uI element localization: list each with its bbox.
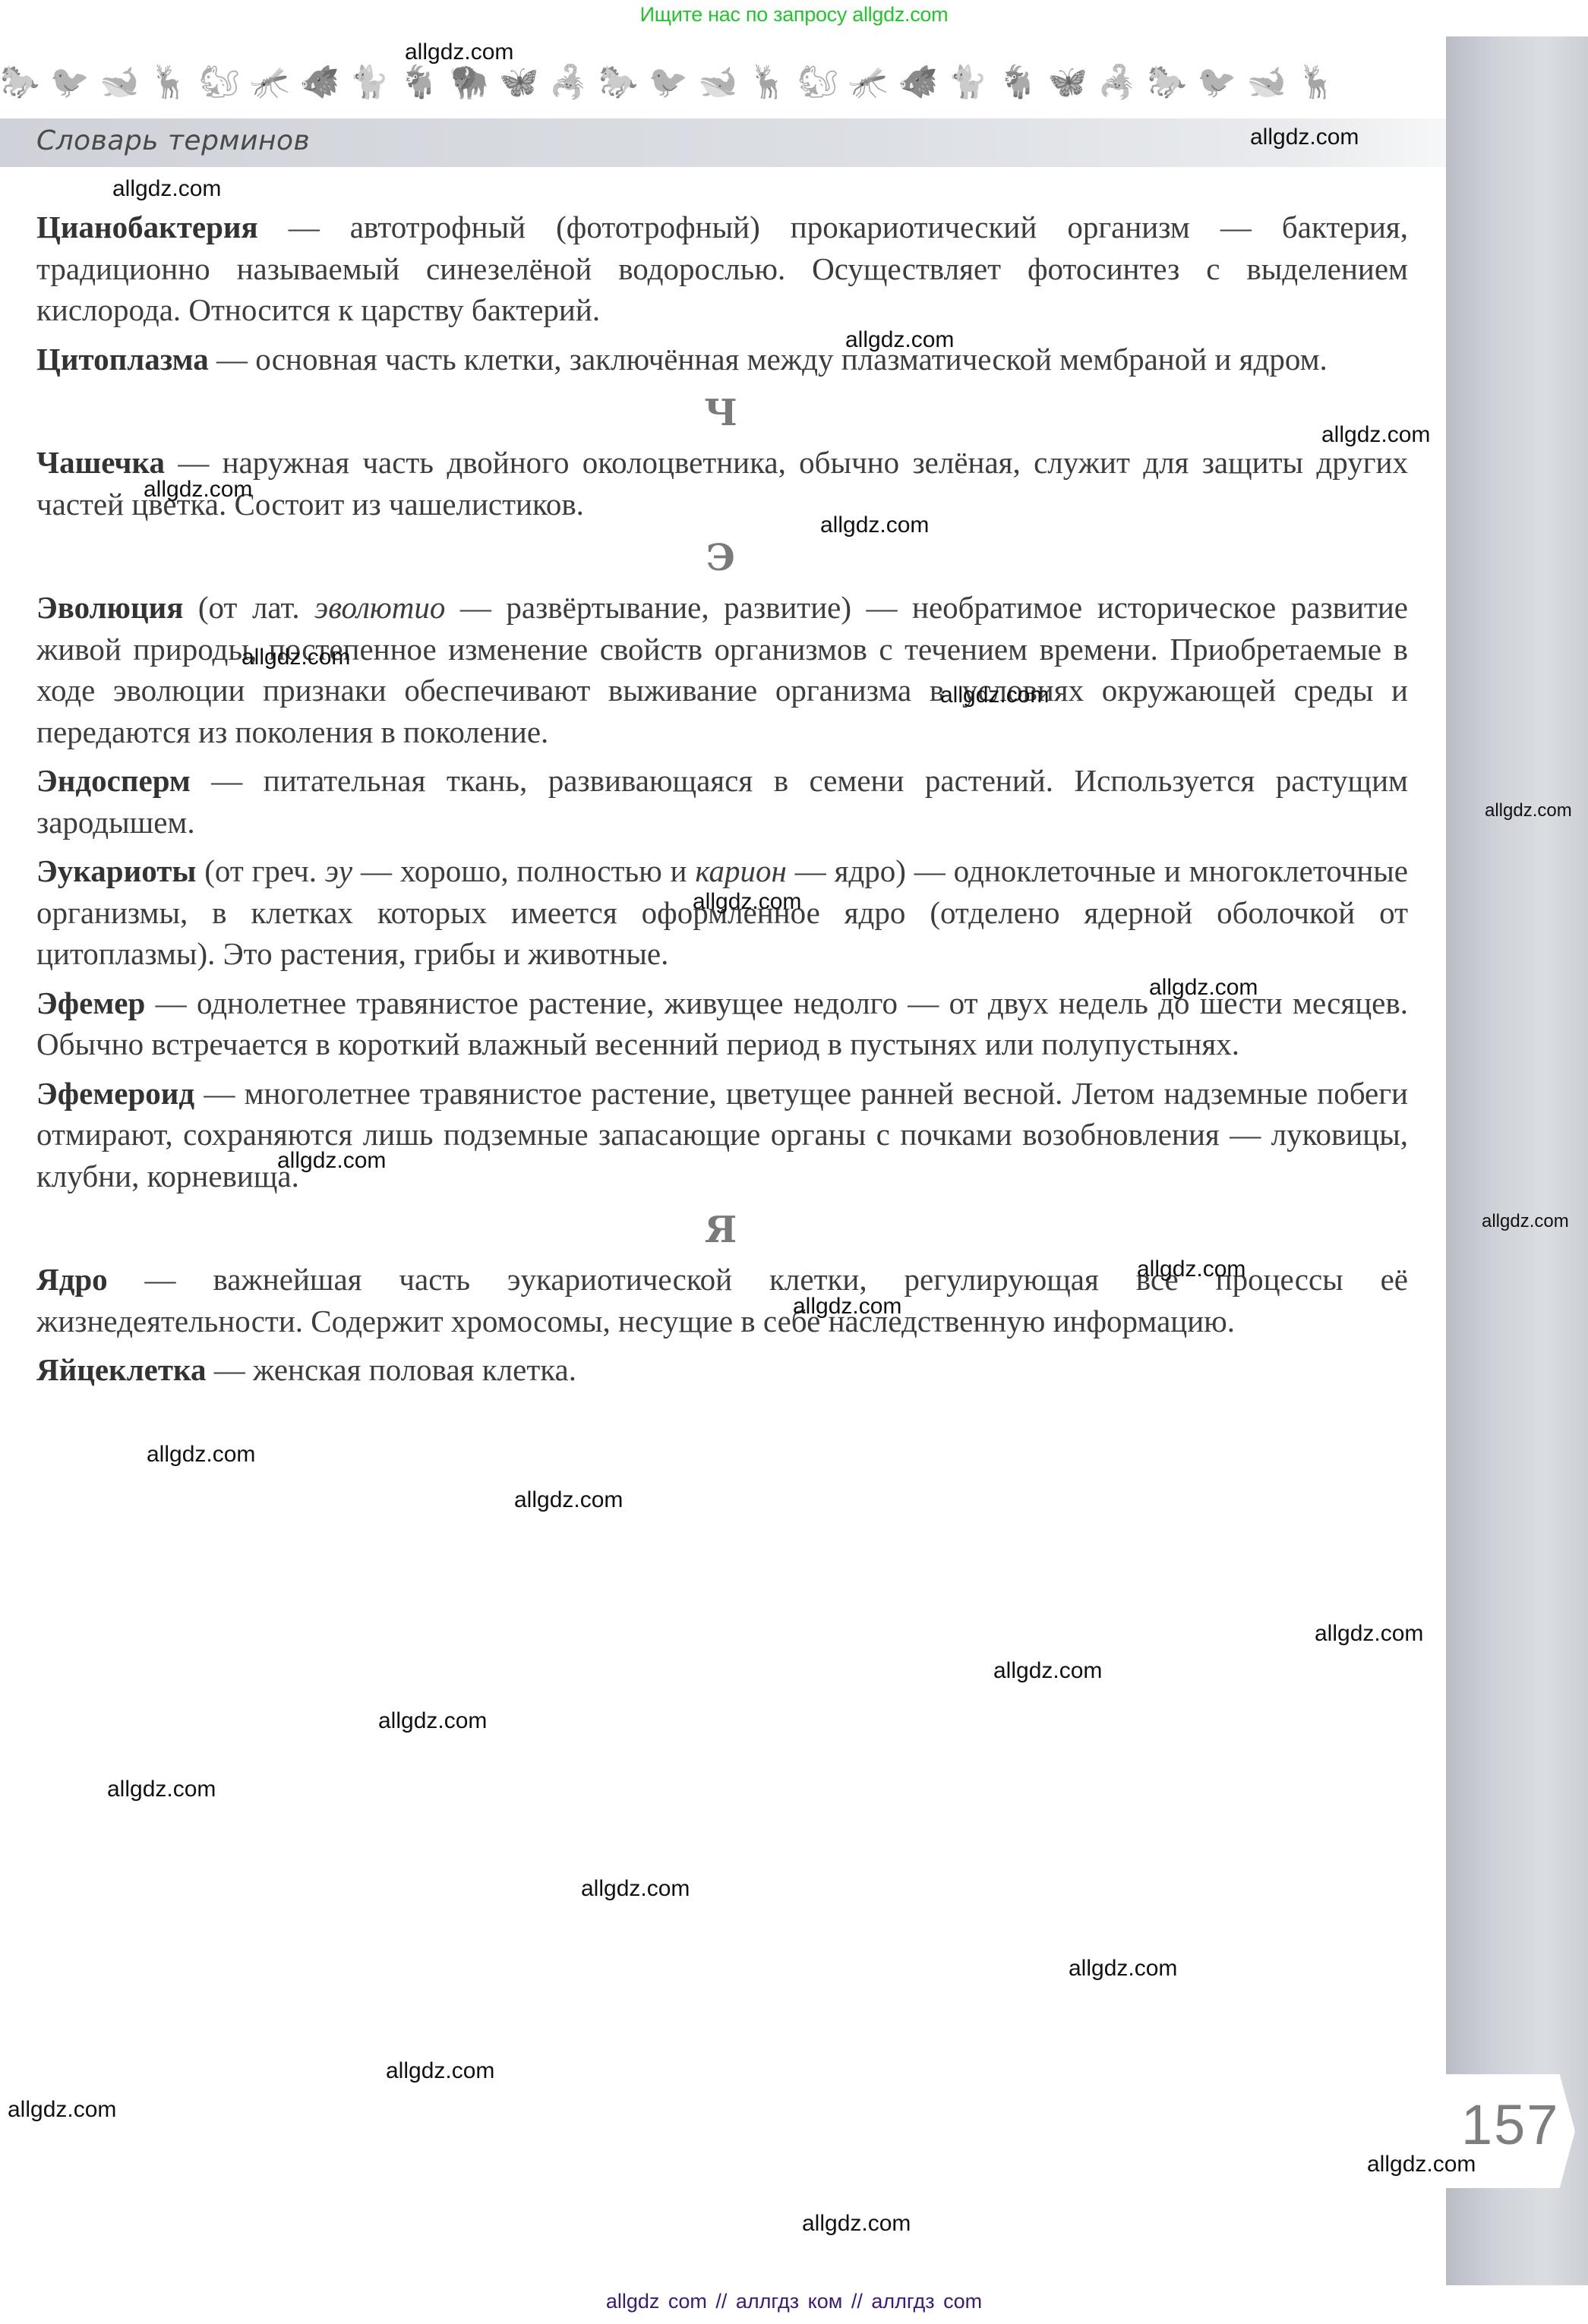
term: Ядро	[36, 1262, 108, 1297]
watermark: allgdz.com	[993, 1660, 1102, 1682]
insect-icon: 🦟	[848, 66, 888, 98]
watermark: allgdz.com	[514, 1489, 623, 1512]
bird-icon: 🐦	[50, 66, 90, 98]
horse-icon: 🐎	[1148, 66, 1187, 98]
bird-icon: 🐦	[649, 66, 688, 98]
search-banner: Ищите нас по запросу allgdz.com	[0, 3, 1588, 27]
glossary-content: Цианобактерия — автотрофный (фототрофный…	[36, 207, 1408, 1398]
watermark: allgdz.com	[405, 41, 513, 64]
watermark: allgdz.com	[277, 1149, 386, 1172]
latin-word: эволютио	[314, 590, 445, 625]
antelope-icon: 🐐	[998, 66, 1037, 98]
watermark: allgdz.com	[793, 1295, 901, 1318]
page-number: 157	[1461, 2097, 1552, 2153]
definition-part: (от греч.	[196, 853, 324, 888]
term: Цитоплазма	[36, 342, 209, 377]
watermark: allgdz.com	[693, 891, 801, 913]
term: Эндосперм	[36, 763, 191, 798]
greek-word: карион	[695, 853, 787, 888]
watermark: allgdz.com	[8, 2099, 116, 2121]
bird-icon: 🐦	[1197, 66, 1236, 98]
moose-icon: 🦌	[1297, 66, 1337, 98]
watermark: allgdz.com	[112, 178, 221, 200]
moose-icon: 🦌	[150, 66, 189, 98]
definition: — основная часть клетки, заключённая меж…	[209, 342, 1328, 377]
footer-watermark: allgdz com // аллгдз ком // аллгдз com	[0, 2290, 1588, 2313]
insect-icon: 🦟	[250, 66, 289, 98]
cat-icon: 🐈	[948, 66, 987, 98]
section-letter-ch: Ч	[36, 390, 1408, 436]
watermark: allgdz.com	[1315, 1622, 1423, 1645]
watermark: allgdz.com	[581, 1878, 690, 1900]
moose-icon: 🦌	[748, 66, 788, 98]
term: Цианобактерия	[36, 210, 258, 244]
watermark: allgdz.com	[845, 329, 954, 352]
watermark: allgdz.com	[386, 2060, 494, 2083]
watermark: allgdz.com	[107, 1778, 216, 1801]
watermark: allgdz.com	[147, 1443, 255, 1466]
term: Эфемер	[36, 985, 145, 1020]
butterfly-icon: 🦋	[499, 66, 538, 98]
term: Чашечка	[36, 445, 165, 480]
bison-icon: 🦬	[449, 66, 488, 98]
watermark: allgdz.com	[1069, 1957, 1177, 1980]
glossary-entry-cytoplasm: Цитоплазма — основная часть клетки, закл…	[36, 339, 1408, 380]
whale-icon: 🐋	[99, 66, 139, 98]
watermark: allgdz.com	[1482, 1212, 1569, 1231]
whale-icon: 🐋	[698, 66, 737, 98]
glossary-entry-evolution: Эволюция (от лат. эволютио — развёртыван…	[36, 587, 1408, 752]
watermark: allgdz.com	[1137, 1258, 1245, 1281]
watermark: allgdz.com	[1367, 2153, 1476, 2176]
watermark: allgdz.com	[1149, 976, 1258, 999]
watermark: allgdz.com	[802, 2212, 911, 2235]
watermark: allgdz.com	[378, 1710, 487, 1733]
whale-icon: 🐋	[1247, 66, 1287, 98]
definition-part: (от лат.	[183, 590, 314, 625]
meerkat-icon: 🐿	[199, 66, 239, 98]
term: Эволюция	[36, 590, 183, 625]
butterfly-icon: 🦋	[1048, 66, 1088, 98]
antelope-icon: 🐐	[399, 66, 439, 98]
watermark: allgdz.com	[1250, 126, 1359, 149]
term: Яйцеклетка	[36, 1352, 207, 1387]
meerkat-icon: 🐿	[798, 66, 838, 98]
watermark: allgdz.com	[144, 478, 252, 501]
scorpion-icon: 🦂	[549, 66, 589, 98]
term: Эфемероид	[36, 1076, 194, 1111]
boar-icon: 🐗	[898, 66, 938, 98]
definition-part: — хорошо, полностью и	[352, 853, 695, 888]
glossary-entry-endosperm: Эндосперм — питательная ткань, развивающ…	[36, 760, 1408, 843]
section-title: Словарь терминов	[36, 125, 310, 156]
greek-word: эу	[325, 853, 352, 888]
page-edge-sidebar	[1446, 36, 1588, 2285]
watermark: allgdz.com	[1321, 424, 1430, 446]
definition: — женская половая клетка.	[207, 1352, 576, 1387]
glossary-entry-cyanobacteria: Цианобактерия — автотрофный (фототрофный…	[36, 207, 1408, 331]
definition: — питательная ткань, развивающаяся в сем…	[36, 763, 1408, 840]
glossary-entry-egg-cell: Яйцеклетка — женская половая клетка.	[36, 1349, 1408, 1391]
watermark: allgdz.com	[820, 514, 929, 537]
horse-icon: 🐎	[598, 66, 638, 98]
section-letter-e: Э	[36, 535, 1408, 581]
term: Эукариоты	[36, 853, 196, 888]
definition: — многолетнее травянистое растение, цвет…	[36, 1076, 1408, 1194]
watermark: allgdz.com	[1485, 802, 1572, 820]
watermark: allgdz.com	[242, 646, 350, 669]
animal-silhouette-strip: 🐎 🐦 🐋 🦌 🐿 🦟 🐗 🐈 🐐 🦬 🦋 🦂 🐎 🐦 🐋 🦌 🐿 🦟 🐗 🐈 …	[0, 64, 1337, 100]
watermark: allgdz.com	[940, 684, 1049, 707]
section-letter-ya: Я	[36, 1207, 1408, 1253]
cat-icon: 🐈	[349, 66, 389, 98]
glossary-entry-ephemeroid: Эфемероид — многолетнее травянистое раст…	[36, 1073, 1408, 1197]
boar-icon: 🐗	[300, 66, 339, 98]
scorpion-icon: 🦂	[1097, 66, 1137, 98]
horse-icon: 🐎	[0, 66, 39, 98]
